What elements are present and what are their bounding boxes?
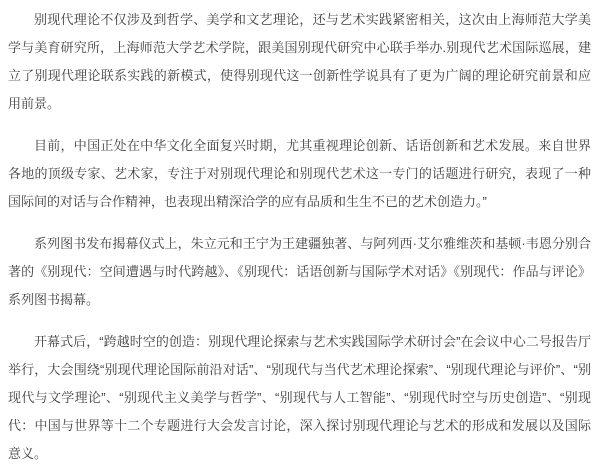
article-body: 别现代理论不仅涉及到哲学、美学和文艺理论，还与艺术实践紧密相关，这次由上海师范大… xyxy=(0,0,599,466)
paragraph-2: 目前，中国正处在中华文化全面复兴时期，尤其重视理论创新、话语创新和艺术发展。来自… xyxy=(8,132,591,216)
paragraph-1: 别现代理论不仅涉及到哲学、美学和文艺理论，还与艺术实践紧密相关，这次由上海师范大… xyxy=(8,6,591,118)
paragraph-3: 系列图书发布揭幕仪式上，朱立元和王宁为王建疆独著、与阿列西·艾尔雅维茨和基顿·韦… xyxy=(8,230,591,314)
paragraph-4: 开幕式后，“跨越时空的创造：别现代理论探索与艺术实践国际学术研讨会”在会议中心二… xyxy=(8,328,591,466)
